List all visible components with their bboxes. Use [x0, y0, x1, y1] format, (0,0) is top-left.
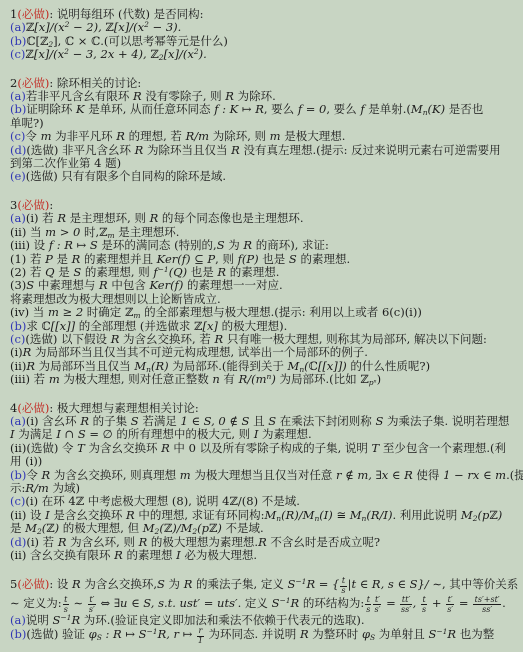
text-segment: 中素理想与: [34, 278, 99, 292]
text-segment: 的素理想一一对应.: [183, 278, 282, 292]
text-segment: −1: [279, 596, 290, 605]
text-segment: 的所有理想中的极大元, 则: [113, 427, 254, 441]
text-segment: 中包含: [108, 278, 150, 292]
text-segment: : 极大理想与素理想相关讨论:: [49, 401, 198, 415]
text-line: (c)(i) 在环 4ℤ 中考虑极大理想 (8), 说明 4ℤ/(8) 不是域.: [10, 495, 520, 508]
text-segment: ℤ: [360, 372, 368, 386]
text-line: 将素理想改为极大理想则以上论断皆成立.: [10, 293, 520, 306]
text-line: (b)令 R 为含幺交换环, 则真理想 m 为极大理想当且仅当对任意 r ∉ m…: [10, 469, 520, 482]
text-segment: 为环.(验证良定义即加法和乘法不依赖于代表元的选取).: [80, 613, 364, 627]
text-segment: ℤ: [46, 521, 54, 535]
math-text: ∼: [10, 596, 20, 610]
text-segment: (选做) 验证: [26, 627, 88, 641]
text-segment: −1: [147, 627, 158, 636]
text-line: (a)若非平凡含幺有限环 R 没有零除子, 则 R 为除环.: [10, 90, 520, 103]
text-line: 单呢?): [10, 117, 520, 130]
text-segment: 为局部环.(比如: [276, 372, 360, 386]
text-line: (a)(i) 若 R 是主理想环, 则 R 的每个同态像也是主理想环.: [10, 212, 520, 225]
text-segment: (选做) 只有有限多个自同构的除环是域.: [26, 169, 226, 183]
math-text: R: [71, 613, 80, 627]
math-text: R: [258, 535, 267, 549]
math-text: K: [76, 102, 85, 116]
text-line: (c)ℤ[x]/(x2 − 3, 2x + 4), ℤ2[x]/(x2).: [10, 48, 520, 61]
text-segment: 为含幺交换环: [85, 441, 161, 455]
math-text: f : R ↦ S: [49, 238, 98, 252]
text-segment: 为非平凡环: [51, 129, 116, 143]
math-text: 1 − rx ∈ m: [443, 468, 506, 482]
math-text: (Q): [169, 265, 187, 279]
math-text: m: [41, 129, 52, 143]
text-segment: 的极大理想为素理想.: [147, 535, 258, 549]
text-line: I 为满足 I ∩ S = ∅ 的所有理想中的极大元, 则 I 为素理想.: [10, 428, 520, 441]
text-segment: 是: [10, 521, 25, 535]
text-segment: (1) 若: [10, 252, 45, 266]
math-fraction: r1: [197, 627, 204, 645]
math-text: (R)/M: [281, 508, 314, 522]
math-text: R: [126, 508, 135, 522]
math-text: =: [455, 596, 472, 610]
text-segment: 定义为:: [20, 596, 62, 610]
item-label: (d): [10, 535, 26, 549]
math-fraction: t′s′: [446, 596, 454, 614]
text-segment: 没有真左理想.(提示: 反过来说明元素右可逆需要用: [240, 143, 501, 157]
text-line: 5(必做): 设 R 为含幺交换环,S 为 R 的乘法子集, 定义 S−1R =…: [10, 577, 520, 595]
text-segment: 为环同态. 并说明: [205, 627, 300, 641]
math-text: )/M: [172, 521, 192, 535]
math-text: − 3).: [149, 20, 181, 34]
math-text: [x]/(x: [34, 47, 64, 61]
text-line: (3)S 中素理想与 R 中包含 Ker(f) 的素理想一一对应.: [10, 279, 520, 292]
text-segment: 中的理想, 求证有环同构:: [135, 508, 265, 522]
text-segment: 的乘法子集, 定义: [192, 577, 287, 591]
text-segment: 为极大理想, 则对任意正整数: [60, 372, 213, 386]
text-segment: 为除环, 则: [209, 129, 270, 143]
text-segment: . 定义: [238, 596, 272, 610]
text-segment: 是含幺交换环: [50, 508, 126, 522]
text-line: 用 (i)): [10, 455, 520, 468]
math-text: M: [411, 102, 423, 116]
text-segment: 令: [26, 468, 41, 482]
text-segment: (3): [10, 278, 26, 292]
text-segment: 是主理想环, 则: [66, 211, 150, 225]
math-text: S: [217, 238, 225, 252]
text-segment: 至少包含一个素理想.(利: [379, 441, 506, 455]
text-segment: (i) 含幺环: [26, 414, 80, 428]
text-segment: ℤ: [26, 20, 34, 34]
text-line: 3(必做):: [10, 199, 520, 212]
text-segment: 的素理想.: [226, 265, 279, 279]
math-text: (p: [477, 508, 489, 522]
text-line: (b)求 ℂ[[x]] 的全部理想 (并选做求 ℤ[x] 的极大理想).: [10, 320, 520, 333]
math-text: m: [270, 129, 281, 143]
text-segment: 中考虑极大理想 (8), 说明 4: [84, 494, 229, 508]
text-segment: 也是: [187, 265, 217, 279]
math-text: R/(m: [239, 372, 267, 386]
math-text: [x]/(x: [164, 47, 194, 61]
math-text: S: [131, 414, 139, 428]
text-line: (b)(选做) 验证 φS : R ↦ S−1R, r ↦ r1 为环同态. 并…: [10, 627, 520, 645]
math-text: m ≥ 2: [48, 305, 83, 319]
item-label: (a): [10, 211, 26, 225]
text-segment: 为含幺交换环,: [81, 577, 157, 591]
math-text: ): [498, 508, 503, 522]
math-fraction: ts′+st′ss′: [473, 596, 501, 614]
text-segment: ], ℂ × ℂ.: [53, 34, 104, 48]
text-segment: ℤ: [105, 20, 113, 34]
math-text: T: [77, 441, 85, 455]
text-segment: 的每个同态像也是主理想环.: [158, 211, 303, 225]
math-text: R: [217, 265, 226, 279]
text-line: 4(必做): 极大理想与素理想相关讨论:: [10, 402, 520, 415]
text-line: (a)(i) 含幺环 R 的子集 S 若满足 1 ∈ S, 0 ∉ S 且 S …: [10, 415, 520, 428]
text-segment: 的商环), 求证:: [252, 238, 329, 252]
math-text: φ: [362, 627, 370, 641]
text-segment: 的素理想并且: [80, 252, 156, 266]
item-label: (a): [10, 613, 26, 627]
text-segment: (i) 在环 4: [25, 494, 75, 508]
math-text: R: [300, 627, 309, 641]
text-segment: 的全部理想 (并选做求: [75, 319, 194, 333]
text-segment: 是极大理想.: [281, 129, 346, 143]
math-text: M: [25, 521, 37, 535]
text-segment: 为含幺交换环, 则真理想: [50, 468, 180, 482]
math-text: [x]: [202, 319, 217, 333]
text-segment: ℤ: [150, 47, 158, 61]
item-label: (a): [10, 89, 26, 103]
math-text: Ker(f): [149, 278, 183, 292]
text-segment: 为域): [49, 481, 80, 495]
text-segment: pⁿ: [369, 378, 377, 387]
item-label: (c): [10, 129, 25, 143]
math-text: M: [143, 521, 155, 535]
math-text: (I) ≅ M: [319, 508, 361, 522]
text-segment: (iii) 设: [10, 238, 49, 252]
problem-3: 3(必做):(a)(i) 若 R 是主理想环, 则 R 的每个同态像也是主理想环…: [10, 199, 520, 387]
text-segment: (ii) 设: [10, 508, 45, 522]
text-segment: (选做) 以下假设: [25, 332, 110, 346]
text-segment: 为素理想.: [258, 427, 311, 441]
text-segment: 为除环当且仅当: [143, 143, 231, 157]
math-text: R/m: [186, 129, 209, 143]
math-text: [x]/(x: [34, 20, 64, 34]
text-segment: 是环的满同态 (特别的,: [98, 238, 217, 252]
text-line: (1) 若 P 是 R 的素理想并且 Ker(f) ⊆ P, 则 f(P) 也是…: [10, 253, 520, 266]
math-text: R: [215, 332, 224, 346]
math-text: R: [80, 414, 89, 428]
text-segment: 说明: [26, 613, 53, 627]
text-segment: 为: [225, 238, 244, 252]
text-line: (e)(选做) 只有有限多个自同构的除环是域.: [10, 170, 520, 183]
text-line: (2) 若 Q 是 S 的素理想, 则 f−1(Q) 也是 R 的素理想.: [10, 266, 520, 279]
math-fraction: ts: [340, 577, 346, 595]
math-text: I ∩ S = ∅: [56, 427, 112, 441]
text-line: (a)ℤ[x]/(x2 − 2), ℤ[x]/(x2 − 3).: [10, 21, 520, 34]
text-segment: 时,: [80, 225, 99, 239]
math-text: R/m: [25, 481, 48, 495]
math-text: m: [180, 468, 191, 482]
math-text: m: [49, 372, 60, 386]
text-segment: ): [377, 372, 382, 386]
math-fraction: ts: [63, 596, 69, 614]
math-text: M: [134, 359, 146, 373]
text-segment: −1: [60, 613, 71, 622]
text-segment: : 设: [49, 577, 72, 591]
text-segment: 也为整: [456, 627, 494, 641]
text-segment: 的什么性质呢?): [347, 359, 430, 373]
text-segment: (ii) 当: [10, 225, 45, 239]
text-segment: 时确定: [83, 305, 125, 319]
item-label: (c): [10, 494, 25, 508]
math-text: P: [45, 252, 53, 266]
text-segment: 为: [165, 577, 184, 591]
text-segment: 为局部环当且仅当: [35, 359, 134, 373]
text-segment: 必为极大理想.: [181, 548, 257, 562]
text-segment: 是单环, 从而任意环同态: [85, 102, 215, 116]
text-line: (iii) 若 m 为极大理想, 则对任意正整数 n 有 R/(mn) 为局部环…: [10, 373, 520, 386]
item-label: (b): [10, 468, 26, 482]
text-segment: (i) 若: [26, 211, 57, 225]
math-text: M: [288, 359, 300, 373]
text-line: (ii) 设 I 是含幺交换环 R 中的理想, 求证有环同构:Mn(R)/Mn(…: [10, 509, 520, 522]
problem-1: 1(必做): 说明每组环 (代数) 是否同构:(a)ℤ[x]/(x2 − 2),…: [10, 8, 520, 62]
text-line: (d)(i) 若 R 为含幺环, 则 R 的极大理想为素理想.R 不含幺时是否成…: [10, 536, 520, 549]
math-text: m > 0: [45, 225, 80, 239]
required-tag: (必做): [17, 401, 49, 415]
text-segment: 的极大理想).: [218, 319, 287, 333]
text-line: (ii)R 为局部环当且仅当 Mn(R) 为局部环.(能得到关于 Mn(ℂ[[x…: [10, 360, 520, 373]
math-fraction: ts: [365, 596, 371, 614]
text-segment: ℤ: [164, 521, 172, 535]
text-line: (b)ℂ[ℤ2], ℂ × ℂ.(可以思考幂等元是什么): [10, 35, 520, 48]
math-text: R = {: [306, 577, 339, 591]
math-text: f(P): [238, 252, 259, 266]
math-text: R: [243, 238, 252, 252]
text-segment: −1: [436, 627, 447, 636]
math-text: R: [114, 548, 123, 562]
math-text: ).: [199, 47, 207, 61]
item-label: (b): [10, 34, 26, 48]
text-segment: (i) 若: [26, 535, 57, 549]
text-segment: : 说明每组环 (代数) 是否同构:: [49, 7, 203, 21]
text-line: ∼ 定义为:ts ∼ t′s′ ⇔ ∃u ∈ S, s.t. ust′ = ut…: [10, 596, 520, 614]
math-text: φ: [89, 627, 97, 641]
text-segment: (iv) 当: [10, 305, 48, 319]
item-label: (c): [10, 332, 25, 346]
text-segment: (ii)(选做) 令: [10, 441, 77, 455]
math-text: R: [231, 143, 240, 157]
math-text: [[x]]): [318, 359, 347, 373]
math-text: R: [139, 535, 148, 549]
text-line: (ii)(选做) 令 T 为含幺交换环 R 中 0 以及所有零除子构成的子集, …: [10, 442, 520, 455]
item-label: (a): [10, 20, 26, 34]
text-segment: ℤ: [230, 494, 238, 508]
math-text: R: [150, 211, 159, 225]
text-segment: 的全部素理想与极大理想.(提示: 利用以上或者 6(c)(i)): [140, 305, 421, 319]
math-text: M: [265, 508, 277, 522]
text-segment: 令: [25, 129, 40, 143]
text-segment: 证明除环: [26, 102, 76, 116]
math-fraction: t′s′: [373, 596, 381, 614]
text-segment: ℤ: [489, 508, 497, 522]
text-segment: (可以思考幂等元是什么): [104, 34, 228, 48]
item-label: (d): [10, 143, 26, 157]
item-label: (b): [10, 627, 26, 641]
text-segment: 用 (i)): [10, 454, 42, 468]
text-segment: ℤ: [25, 47, 33, 61]
text-segment: 是: [55, 265, 74, 279]
math-text: r ∉ m, ∃x ∈ R: [336, 468, 413, 482]
text-segment: 为极大理想当且仅当对任意: [191, 468, 336, 482]
text-segment: 是否也: [445, 102, 483, 116]
text-segment: 的素理想.: [297, 252, 350, 266]
text-segment: 为整环时: [309, 627, 362, 641]
text-line: (c)(选做) 以下假设 R 为含幺交换环, 若 R 只有唯一极大理想, 则称其…: [10, 333, 520, 346]
text-segment: 只有唯一极大理想, 则称其为局部环, 解决以下问题:: [223, 332, 487, 346]
text-segment: ℂ: [309, 359, 318, 373]
text-segment: 使得: [413, 468, 443, 482]
text-segment: (ii) 含幺交换有限环: [10, 548, 114, 562]
text-segment: 为单射且: [375, 627, 428, 641]
text-line: (b)证明除环 K 是单环, 从而任意环同态 f : K ↦ R, 要么 f =…: [10, 103, 520, 116]
math-text: S: [268, 414, 276, 428]
text-segment: 求: [26, 319, 41, 333]
text-segment: 若满足: [139, 414, 181, 428]
text-segment: 且: [249, 414, 268, 428]
text-segment: −1: [295, 577, 306, 586]
math-text: R: [225, 89, 234, 103]
math-text: +: [428, 596, 445, 610]
math-text: [[x]]: [51, 319, 75, 333]
required-tag: (必做): [17, 198, 49, 212]
math-text: R, r ↦: [158, 627, 196, 641]
text-segment: , 则: [215, 252, 237, 266]
math-text: R: [116, 129, 125, 143]
text-line: (d)(选做) 非平凡含幺环 R 为除环当且仅当 R 没有真左理想.(提示: 反…: [10, 144, 520, 157]
text-line: (i)R 为局部环当且仅当其不可逆元构成理想, 试举出一个局部环的例子.: [10, 346, 520, 359]
text-segment: (iii) 若: [10, 372, 49, 386]
math-text: − 3, 2x + 4),: [69, 47, 150, 61]
math-text: (R): [151, 359, 169, 373]
math-text: =: [382, 596, 399, 610]
item-label: (b): [10, 102, 26, 116]
math-text: R: [447, 627, 456, 641]
math-text: R: [99, 278, 108, 292]
item-label: (a): [10, 414, 26, 428]
math-text: n: [212, 372, 219, 386]
text-segment: :: [49, 198, 53, 212]
text-segment: 不是域.: [222, 521, 264, 535]
math-fraction: t′s′: [88, 596, 96, 614]
text-segment: 中 0 以及所有零除子构成的子集, 说明: [170, 441, 372, 455]
text-line: 2(必做): 除环相关的讨论:: [10, 77, 520, 90]
text-line: (ii) 当 m > 0 时,ℤm 是主理想环.: [10, 226, 520, 239]
text-line: 是 M2(ℤ) 的极大理想, 但 M2(ℤ)/M2(pℤ) 不是域.: [10, 522, 520, 535]
text-segment: 是单射.(: [365, 102, 411, 116]
text-segment: −1: [158, 265, 169, 274]
math-text: R: [135, 143, 144, 157]
math-text: (p: [197, 521, 209, 535]
text-segment: 为除环.: [234, 89, 276, 103]
text-segment: (2) 若: [10, 265, 45, 279]
text-segment: 的素理想, 则: [81, 265, 153, 279]
required-tag: (必做): [17, 7, 49, 21]
text-line: (c)令 m 为非平凡环 R 的理想, 若 R/m 为除环, 则 m 是极大理想…: [10, 130, 520, 143]
text-segment: .: [502, 596, 506, 610]
math-text: R: [26, 359, 35, 373]
math-fraction: tt′ss′: [400, 596, 411, 614]
text-segment: 也是: [259, 252, 289, 266]
math-text: 1 ∈ S, 0 ∉ S: [181, 414, 250, 428]
text-segment: ℤ: [76, 494, 84, 508]
document-body: 1(必做): 说明每组环 (代数) 是否同构:(a)ℤ[x]/(x2 − 2),…: [0, 0, 523, 646]
text-segment: 没有零除子, 则: [142, 89, 226, 103]
text-line: (ii) 含幺交换有限环 R 的素理想 I 必为极大理想.: [10, 549, 520, 562]
text-segment: .(提: [506, 468, 523, 482]
required-tag: (必做): [17, 577, 49, 591]
text-segment: 为含幺交换环, 若: [119, 332, 214, 346]
text-segment: /(8) 不是域.: [238, 494, 300, 508]
text-segment: 为乘法子集. 说明若理想: [383, 414, 509, 428]
text-segment: 的环结构为:: [299, 596, 364, 610]
math-text: R: [57, 211, 66, 225]
text-line: (iii) 设 f : R ↦ S 是环的满同态 (特别的,S 为 R 的商环)…: [10, 239, 520, 252]
text-segment: 将素理想改为极大理想则以上论断皆成立.: [10, 292, 221, 306]
text-line: 示:R/m 为域): [10, 482, 520, 495]
math-text: − 2),: [69, 20, 105, 34]
math-text: ⇔ ∃u ∈ S, s.t. ust′ = uts′: [97, 596, 238, 610]
math-text: R: [42, 468, 51, 482]
math-fraction: ts: [421, 596, 427, 614]
text-segment: 为满足: [15, 427, 57, 441]
text-segment: 的理想, 若: [125, 129, 186, 143]
text-segment: 不含幺时是否成立呢?: [267, 535, 380, 549]
math-text: S: [26, 278, 34, 292]
text-segment: 为局部环当且仅当其不可逆元构成理想, 试举出一个局部环的例子.: [31, 345, 368, 359]
math-text: M: [461, 508, 473, 522]
math-text: Ker(f) ⊆ P: [157, 252, 216, 266]
text-segment: 的极大理想, 但: [59, 521, 143, 535]
text-segment: 到第二次作业第 4 题): [10, 156, 121, 170]
text-segment: 是: [53, 252, 72, 266]
text-segment: (ii): [10, 359, 26, 373]
problem-5: 5(必做): 设 R 为含幺交换环,S 为 R 的乘法子集, 定义 S−1R =…: [10, 577, 520, 645]
math-text: Q: [45, 265, 54, 279]
item-label: (e): [10, 169, 26, 183]
problem-2: 2(必做): 除环相关的讨论:(a)若非平凡含幺有限环 R 没有零除子, 则 R…: [10, 77, 520, 184]
math-text: R: [161, 441, 170, 455]
text-segment: 若非平凡含幺有限环: [26, 89, 133, 103]
math-text: [x]/(x: [114, 20, 144, 34]
math-text: f : K ↦ R: [214, 102, 264, 116]
required-tag: (必做): [17, 76, 49, 90]
text-segment: : 除环相关的讨论:: [49, 76, 141, 90]
math-text: R: [72, 577, 81, 591]
math-text: : R ↦ S: [102, 627, 147, 641]
text-segment: (i): [10, 345, 23, 359]
text-line: (iv) 当 m ≥ 2 时确定 ℤm 的全部素理想与极大理想.(提示: 利用以…: [10, 306, 520, 319]
math-text: R: [291, 596, 300, 610]
math-text: (K): [428, 102, 446, 116]
text-segment: , 要么: [326, 102, 360, 116]
text-segment: 是主理想环.: [115, 225, 180, 239]
text-line: 1(必做): 说明每组环 (代数) 是否同构:: [10, 8, 520, 21]
math-text: R: [133, 89, 142, 103]
text-segment: 有: [220, 372, 239, 386]
text-line: 到第二次作业第 4 题): [10, 157, 520, 170]
math-text: S: [289, 252, 297, 266]
text-segment: 的素理想: [123, 548, 176, 562]
text-segment: 的子集: [89, 414, 131, 428]
